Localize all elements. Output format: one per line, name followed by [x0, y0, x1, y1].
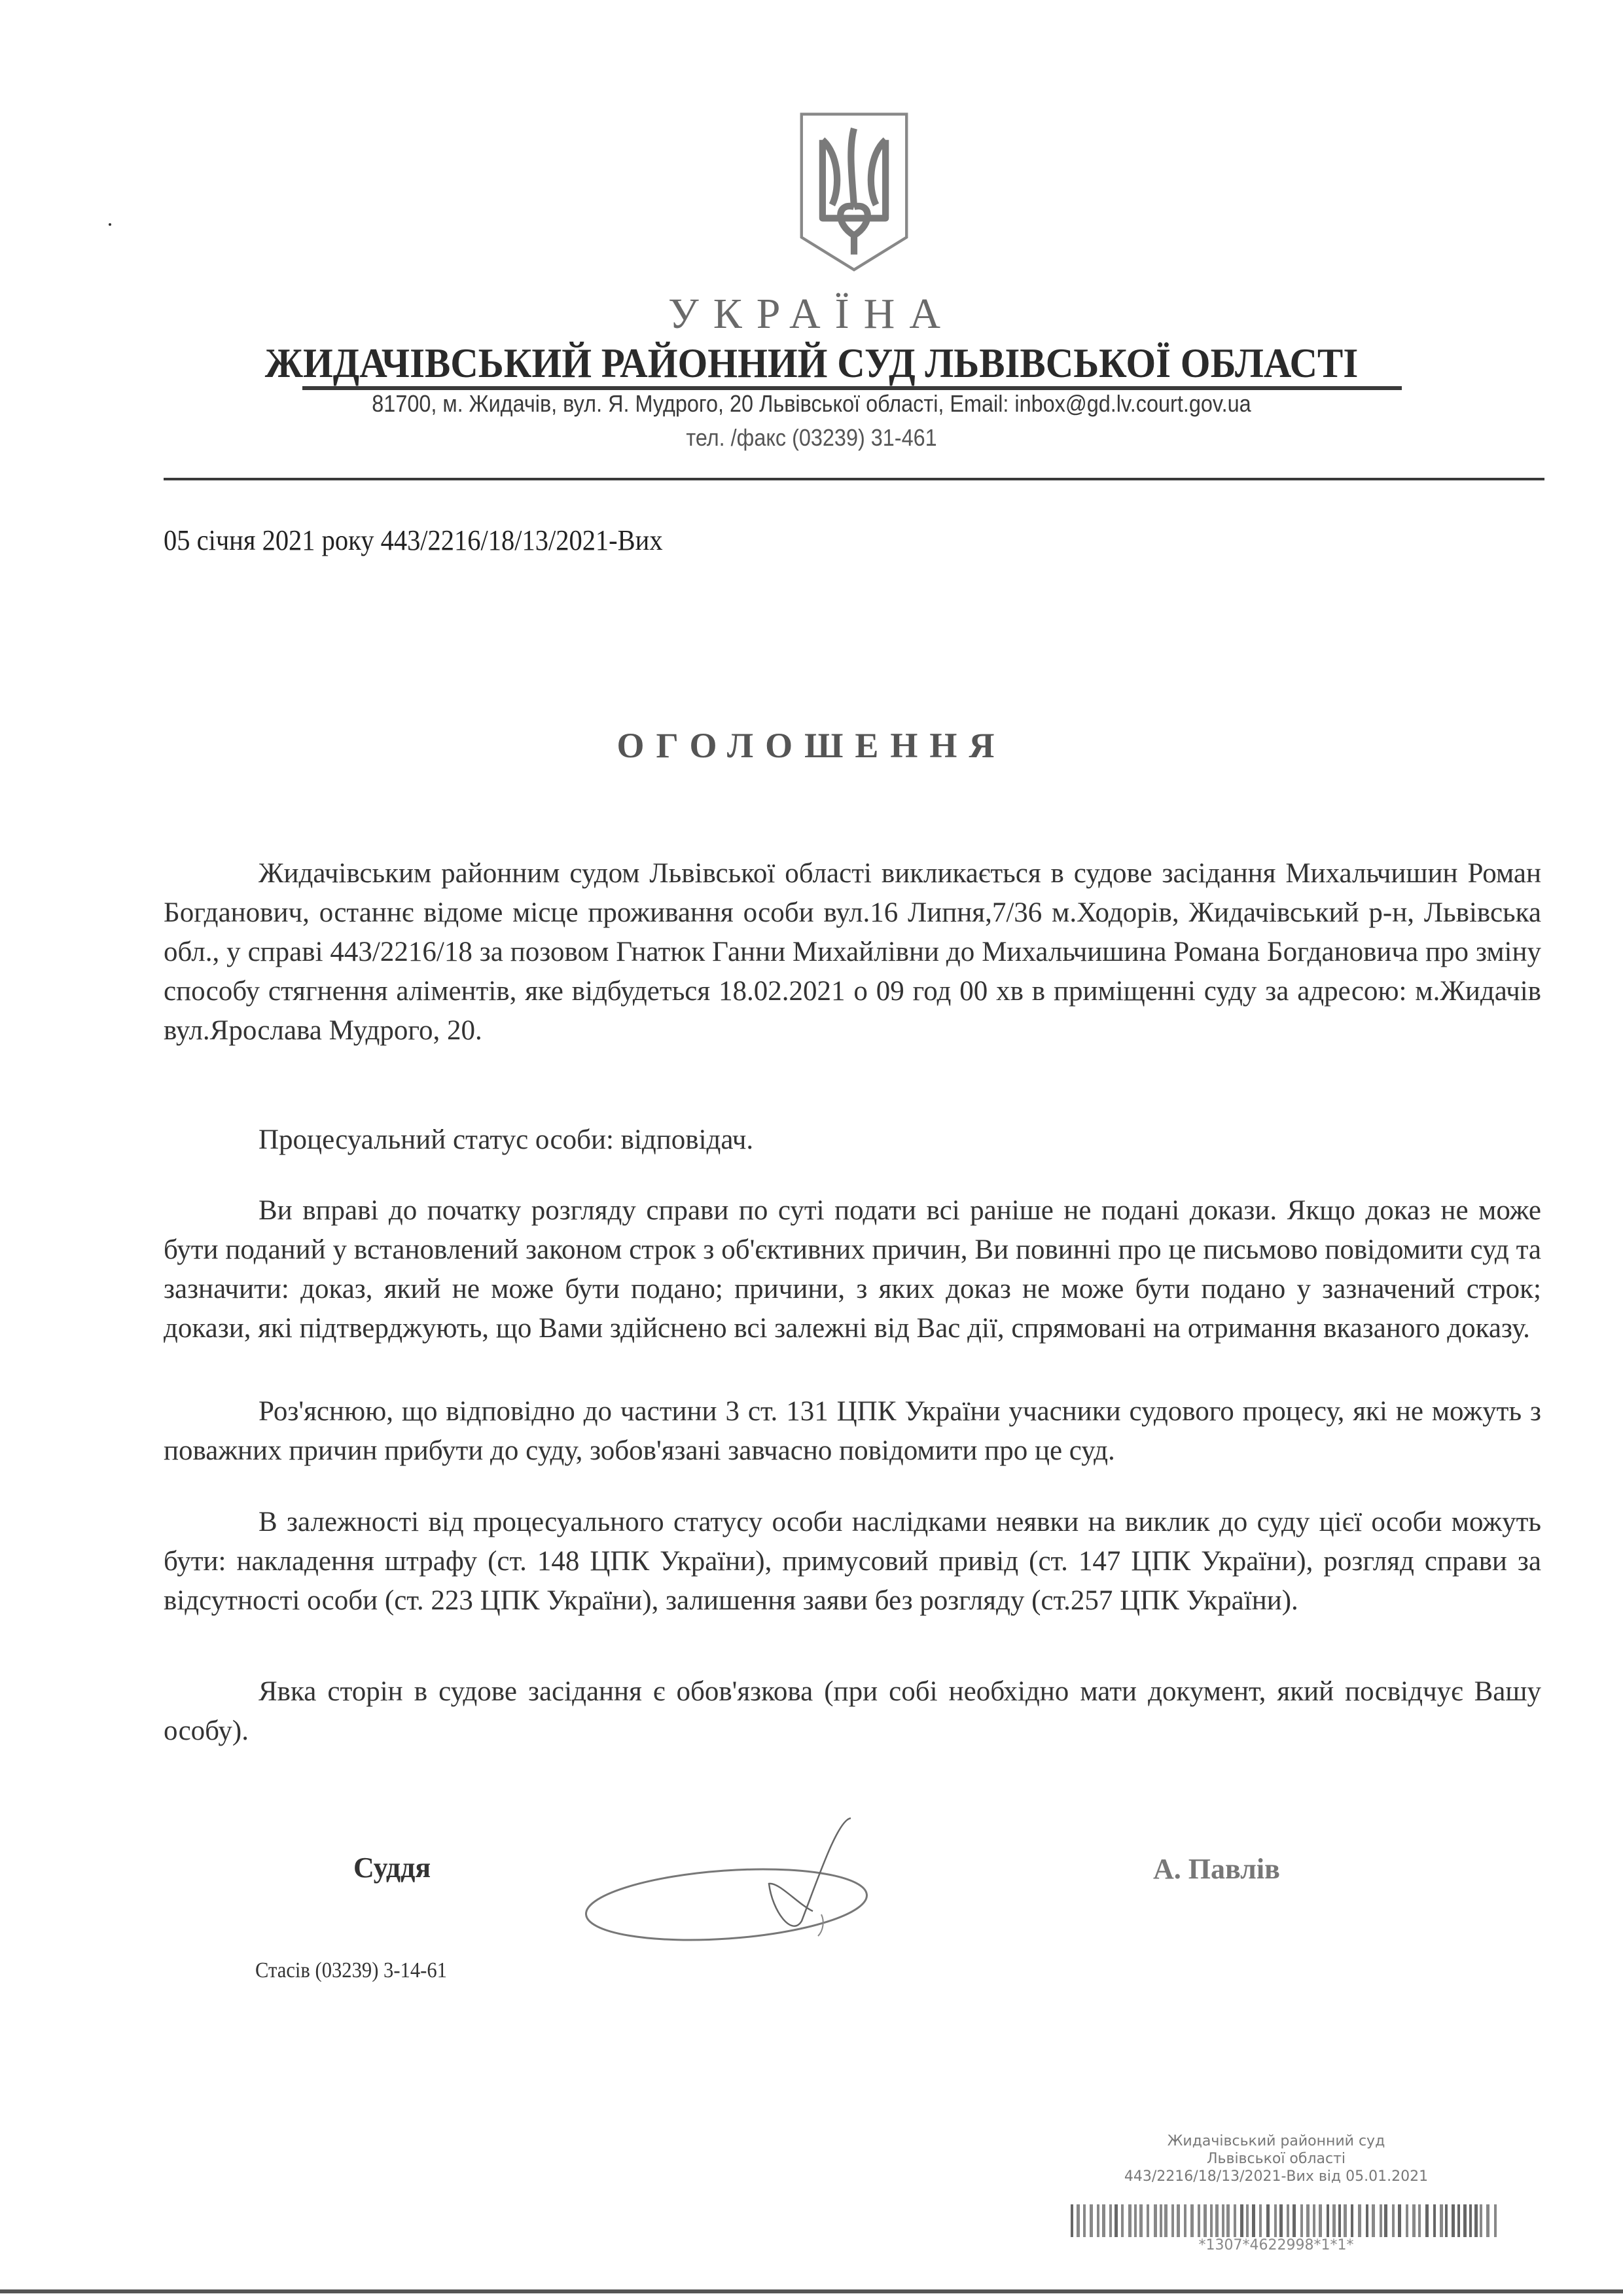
judge-label: Суддя — [353, 1851, 431, 1884]
header-divider — [164, 478, 1544, 480]
paragraph-attendance: Явка сторін в судове засідання є обов'яз… — [164, 1672, 1541, 1751]
footer-scan-edge — [0, 2289, 1623, 2293]
paragraph-explanation: Роз'яснюю, що відповідно до частини 3 ст… — [164, 1392, 1541, 1471]
paragraph-text: В залежності від процесуального статусу … — [164, 1503, 1541, 1621]
court-address: 81700, м. Жидачів, вул. Я. Мудрого, 20 Л… — [81, 390, 1542, 418]
reference-number: 443/2216/18/13/2021-Вих — [381, 524, 663, 556]
reference-date: 05 січня 2021 року — [164, 524, 374, 556]
court-phone: тел. /факс (03239) 31-461 — [81, 424, 1542, 452]
stamp-registration-number: 443/2216/18/13/2021-Вих від 05.01.2021 — [1060, 2168, 1492, 2185]
paragraph-text: Ви вправі до початку розгляду справи по … — [164, 1191, 1541, 1348]
handwritten-signature-icon — [576, 1806, 942, 1950]
paragraph-text: Явка сторін в судове засідання є обов'яз… — [164, 1672, 1541, 1751]
paragraph-consequences: В залежності від процесуального статусу … — [164, 1503, 1541, 1621]
coat-of-arms-icon — [797, 111, 911, 274]
barcode-number: *1307*4622998*1*1* — [1060, 2237, 1492, 2253]
court-name-heading: ЖИДАЧІВСЬКИЙ РАЙОННИЙ СУД ЛЬВІВСЬКОЇ ОБЛ… — [65, 339, 1558, 387]
country-heading: УКРАЇНА — [0, 289, 1623, 339]
scan-speck — [109, 223, 111, 226]
stamp-region: Львівської області — [1060, 2150, 1492, 2168]
contact-line: Стасів (03239) 3-14-61 — [255, 1958, 447, 1983]
paragraph-text: Роз'яснюю, що відповідно до частини 3 ст… — [164, 1392, 1541, 1471]
reference-line: 05 січня 2021 року 443/2216/18/13/2021-В… — [164, 524, 663, 557]
barcode-icon — [1071, 2204, 1503, 2237]
paragraph-text: Процесуальний статус особи: відповідач. — [164, 1121, 1541, 1160]
document-title: ОГОЛОШЕННЯ — [0, 725, 1623, 766]
judge-name: А. Павлів — [1153, 1852, 1280, 1886]
paragraph-summons: Жидачівським районним судом Львівської о… — [164, 854, 1541, 1050]
paragraph-procedural-status: Процесуальний статус особи: відповідач. — [164, 1121, 1541, 1160]
stamp-court-name: Жидачівський районний суд — [1060, 2132, 1492, 2150]
paragraph-text: Жидачівським районним судом Львівської о… — [164, 854, 1541, 1050]
paragraph-evidence: Ви вправі до початку розгляду справи по … — [164, 1191, 1541, 1348]
registration-stamp: Жидачівський районний суд Львівської обл… — [1060, 2132, 1492, 2185]
